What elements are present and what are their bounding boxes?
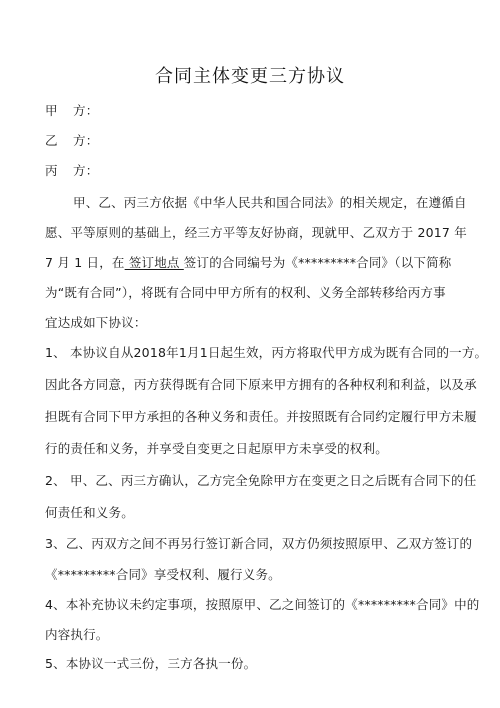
preamble-line-4: 为“既有合同”），将既有合同中甲方所有的权利、义务全部转移给丙方事	[45, 285, 455, 301]
clause-2-line-2: 何责任和义务。	[45, 505, 455, 521]
party-c-line: 丙方：	[45, 163, 455, 179]
clause-4-line-1: 4、本补充协议未约定事项，按照原甲、乙之间签订的《*********合同》中的	[45, 597, 455, 613]
preamble-line-2: 愿、平等原则的基础上，经三方平等友好协商，现就甲、乙双方于 2017 年	[45, 225, 455, 241]
document-title: 合同主体变更三方协议	[0, 62, 500, 88]
document-page: 合同主体变更三方协议 甲方： 乙方： 丙方： 甲、乙、丙三方依据《中华人民共和国…	[0, 0, 500, 708]
signing-place-blank: 签订地点	[125, 255, 184, 270]
clause-1-line-4: 行的责任和义务，并享受自变更之日起原甲方未享受的权利。	[45, 441, 455, 457]
clause-1-line-3: 担既有合同下甲方承担的各种义务和责任。并按照既有合同约定履行甲方未履	[45, 409, 455, 425]
clause-5-line-1: 5、本协议一式三份，三方各执一份。	[45, 656, 455, 672]
preamble-line-5: 宜达成如下协议：	[45, 315, 455, 331]
clause-3-line-1: 3、乙、丙双方之间不再另行签订新合同，双方仍须按照原甲、乙双方签订的	[45, 536, 455, 552]
contract-number-text: 签订的合同编号为《*********合同》（以下简称	[184, 255, 452, 270]
party-b-label: 乙	[45, 133, 73, 149]
party-b-line: 乙方：	[45, 133, 455, 149]
clause-2-line-1: 2、 甲、乙、丙三方确认，乙方完全免除甲方在变更之日之后既有合同下的任	[45, 473, 455, 489]
party-a-line: 甲方：	[45, 103, 455, 119]
clause-3-line-2: 《*********合同》享受权利、履行义务。	[45, 567, 455, 583]
party-c-label: 丙	[45, 163, 73, 179]
party-a-suffix: 方：	[73, 103, 98, 119]
clause-1-line-2: 因此各方同意，丙方获得既有合同下原来甲方拥有的各种权利和利益，以及承	[45, 377, 455, 393]
clause-1-line-1: 1、 本协议自从2018年1月1日起生效，丙方将取代甲方成为既有合同的一方。	[45, 345, 455, 361]
party-c-suffix: 方：	[73, 163, 98, 179]
party-b-suffix: 方：	[73, 133, 98, 149]
preamble-line-3: 7 月 1 日，在 签订地点 签订的合同编号为《*********合同》（以下简…	[45, 255, 455, 271]
signing-date: 7 月 1 日，在	[45, 255, 125, 270]
clause-4-line-2: 内容执行。	[45, 627, 455, 643]
party-a-label: 甲	[45, 103, 73, 119]
preamble-line-1: 甲、乙、丙三方依据《中华人民共和国合同法》的相关规定，在遵循自	[45, 195, 483, 211]
